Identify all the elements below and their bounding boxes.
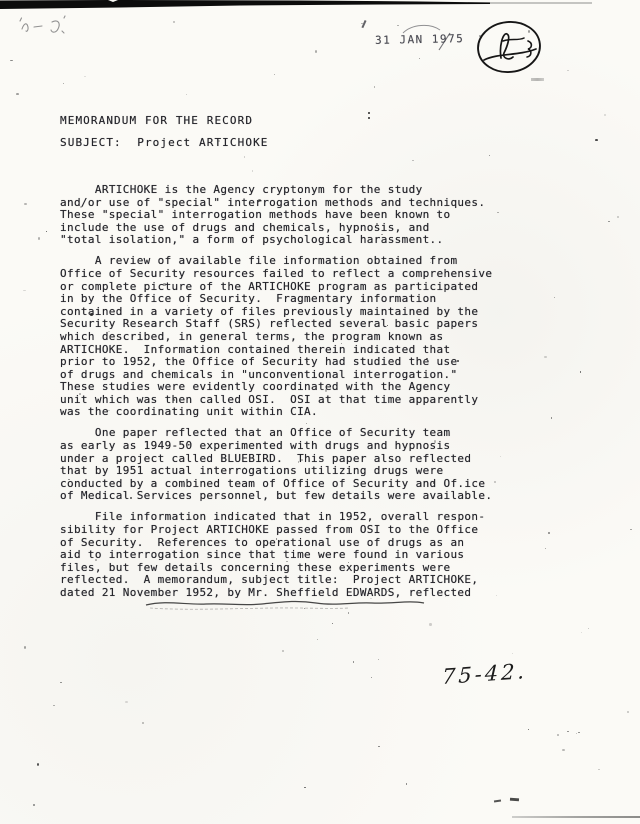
body-paragraph-4: File information indicated that in 1952,… [60,511,512,599]
handwritten-file-number: 75-42. [442,659,528,689]
scan-edge-bar [0,0,640,12]
body-paragraph-1: ARTICHOKE is the Agency cryptonym for th… [60,184,512,247]
subject-line: SUBJECT: Project ARTICHOKE [60,136,269,149]
memo-body: ARTICHOKE is the Agency cryptonym for th… [60,184,512,608]
memo-title: MEMORANDUM FOR THE RECORD [60,114,253,127]
stray-pen-tick [361,20,366,28]
date-stamp: 31 JAN 1975 [375,32,465,47]
stray-ink-dash [494,800,501,803]
body-paragraph-2: A review of available file information o… [60,255,512,419]
scan-edge-line [512,816,640,818]
circled-initials-mark [472,16,552,78]
stray-ink-colon [368,112,370,114]
stray-ink-dash [510,798,519,801]
body-paragraph-3: One paper reflected that an Office of Se… [60,427,512,503]
pen-scribble-mark [18,13,80,41]
document-page: 31 JAN 1975 MEMORANDUM FOR THE RECORD SU… [0,0,640,824]
gray-smudge-mark [531,78,544,81]
